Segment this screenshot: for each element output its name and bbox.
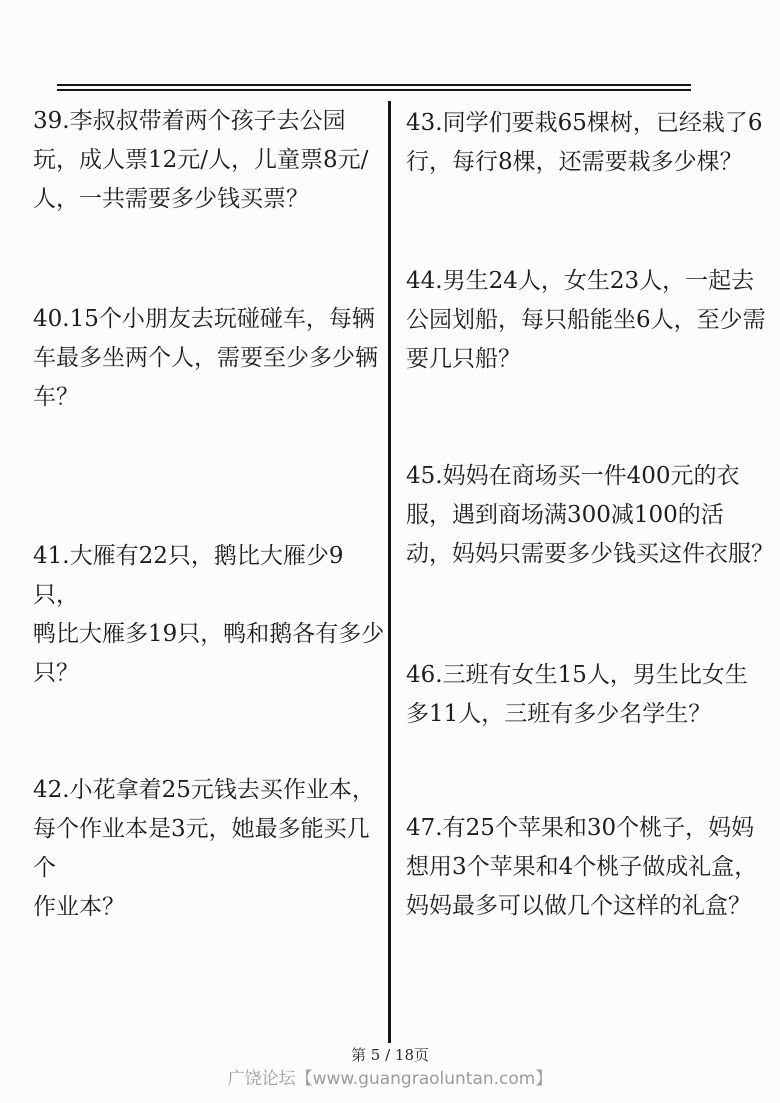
problem-42: 42.小花拿着25元钱去买作业本， 每个作业本是3元，她最多能买几个 作业本？ (33, 771, 385, 927)
column-divider-line (388, 101, 391, 1043)
watermark-site-label: 广饶论坛【www.guangraoluntan.com】 (0, 1064, 780, 1089)
worksheet-page: 39.李叔叔带着两个孩子去公园 玩，成人票12元/人，儿童票8元/ 人，一共需要… (0, 0, 780, 1103)
problem-39: 39.李叔叔带着两个孩子去公园 玩，成人票12元/人，儿童票8元/ 人，一共需要… (33, 102, 385, 219)
problem-47: 47.有25个苹果和30个桃子，妈妈 想用3个苹果和4个桃子做成礼盒， 妈妈最多… (406, 809, 776, 926)
top-double-rule (57, 84, 691, 91)
page-number: 第 5 / 18页 (0, 1044, 780, 1065)
problem-45: 45.妈妈在商场买一件400元的衣 服，遇到商场满300减100的活 动，妈妈只… (406, 457, 776, 574)
problem-41: 41.大雁有22只，鹅比大雁少9只， 鸭比大雁多19只，鸭和鹅各有多少 只？ (33, 537, 385, 693)
problem-40: 40.15个小朋友去玩碰碰车，每辆 车最多坐两个人，需要至少多少辆 车？ (33, 300, 385, 417)
problem-44: 44.男生24人，女生23人，一起去 公园划船，每只船能坐6人，至少需 要几只船… (406, 262, 776, 379)
problem-43: 43.同学们要栽65棵树，已经栽了6 行，每行8棵，还需要栽多少棵？ (406, 104, 776, 182)
problem-46: 46.三班有女生15人，男生比女生 多11人，三班有多少名学生？ (406, 656, 776, 734)
